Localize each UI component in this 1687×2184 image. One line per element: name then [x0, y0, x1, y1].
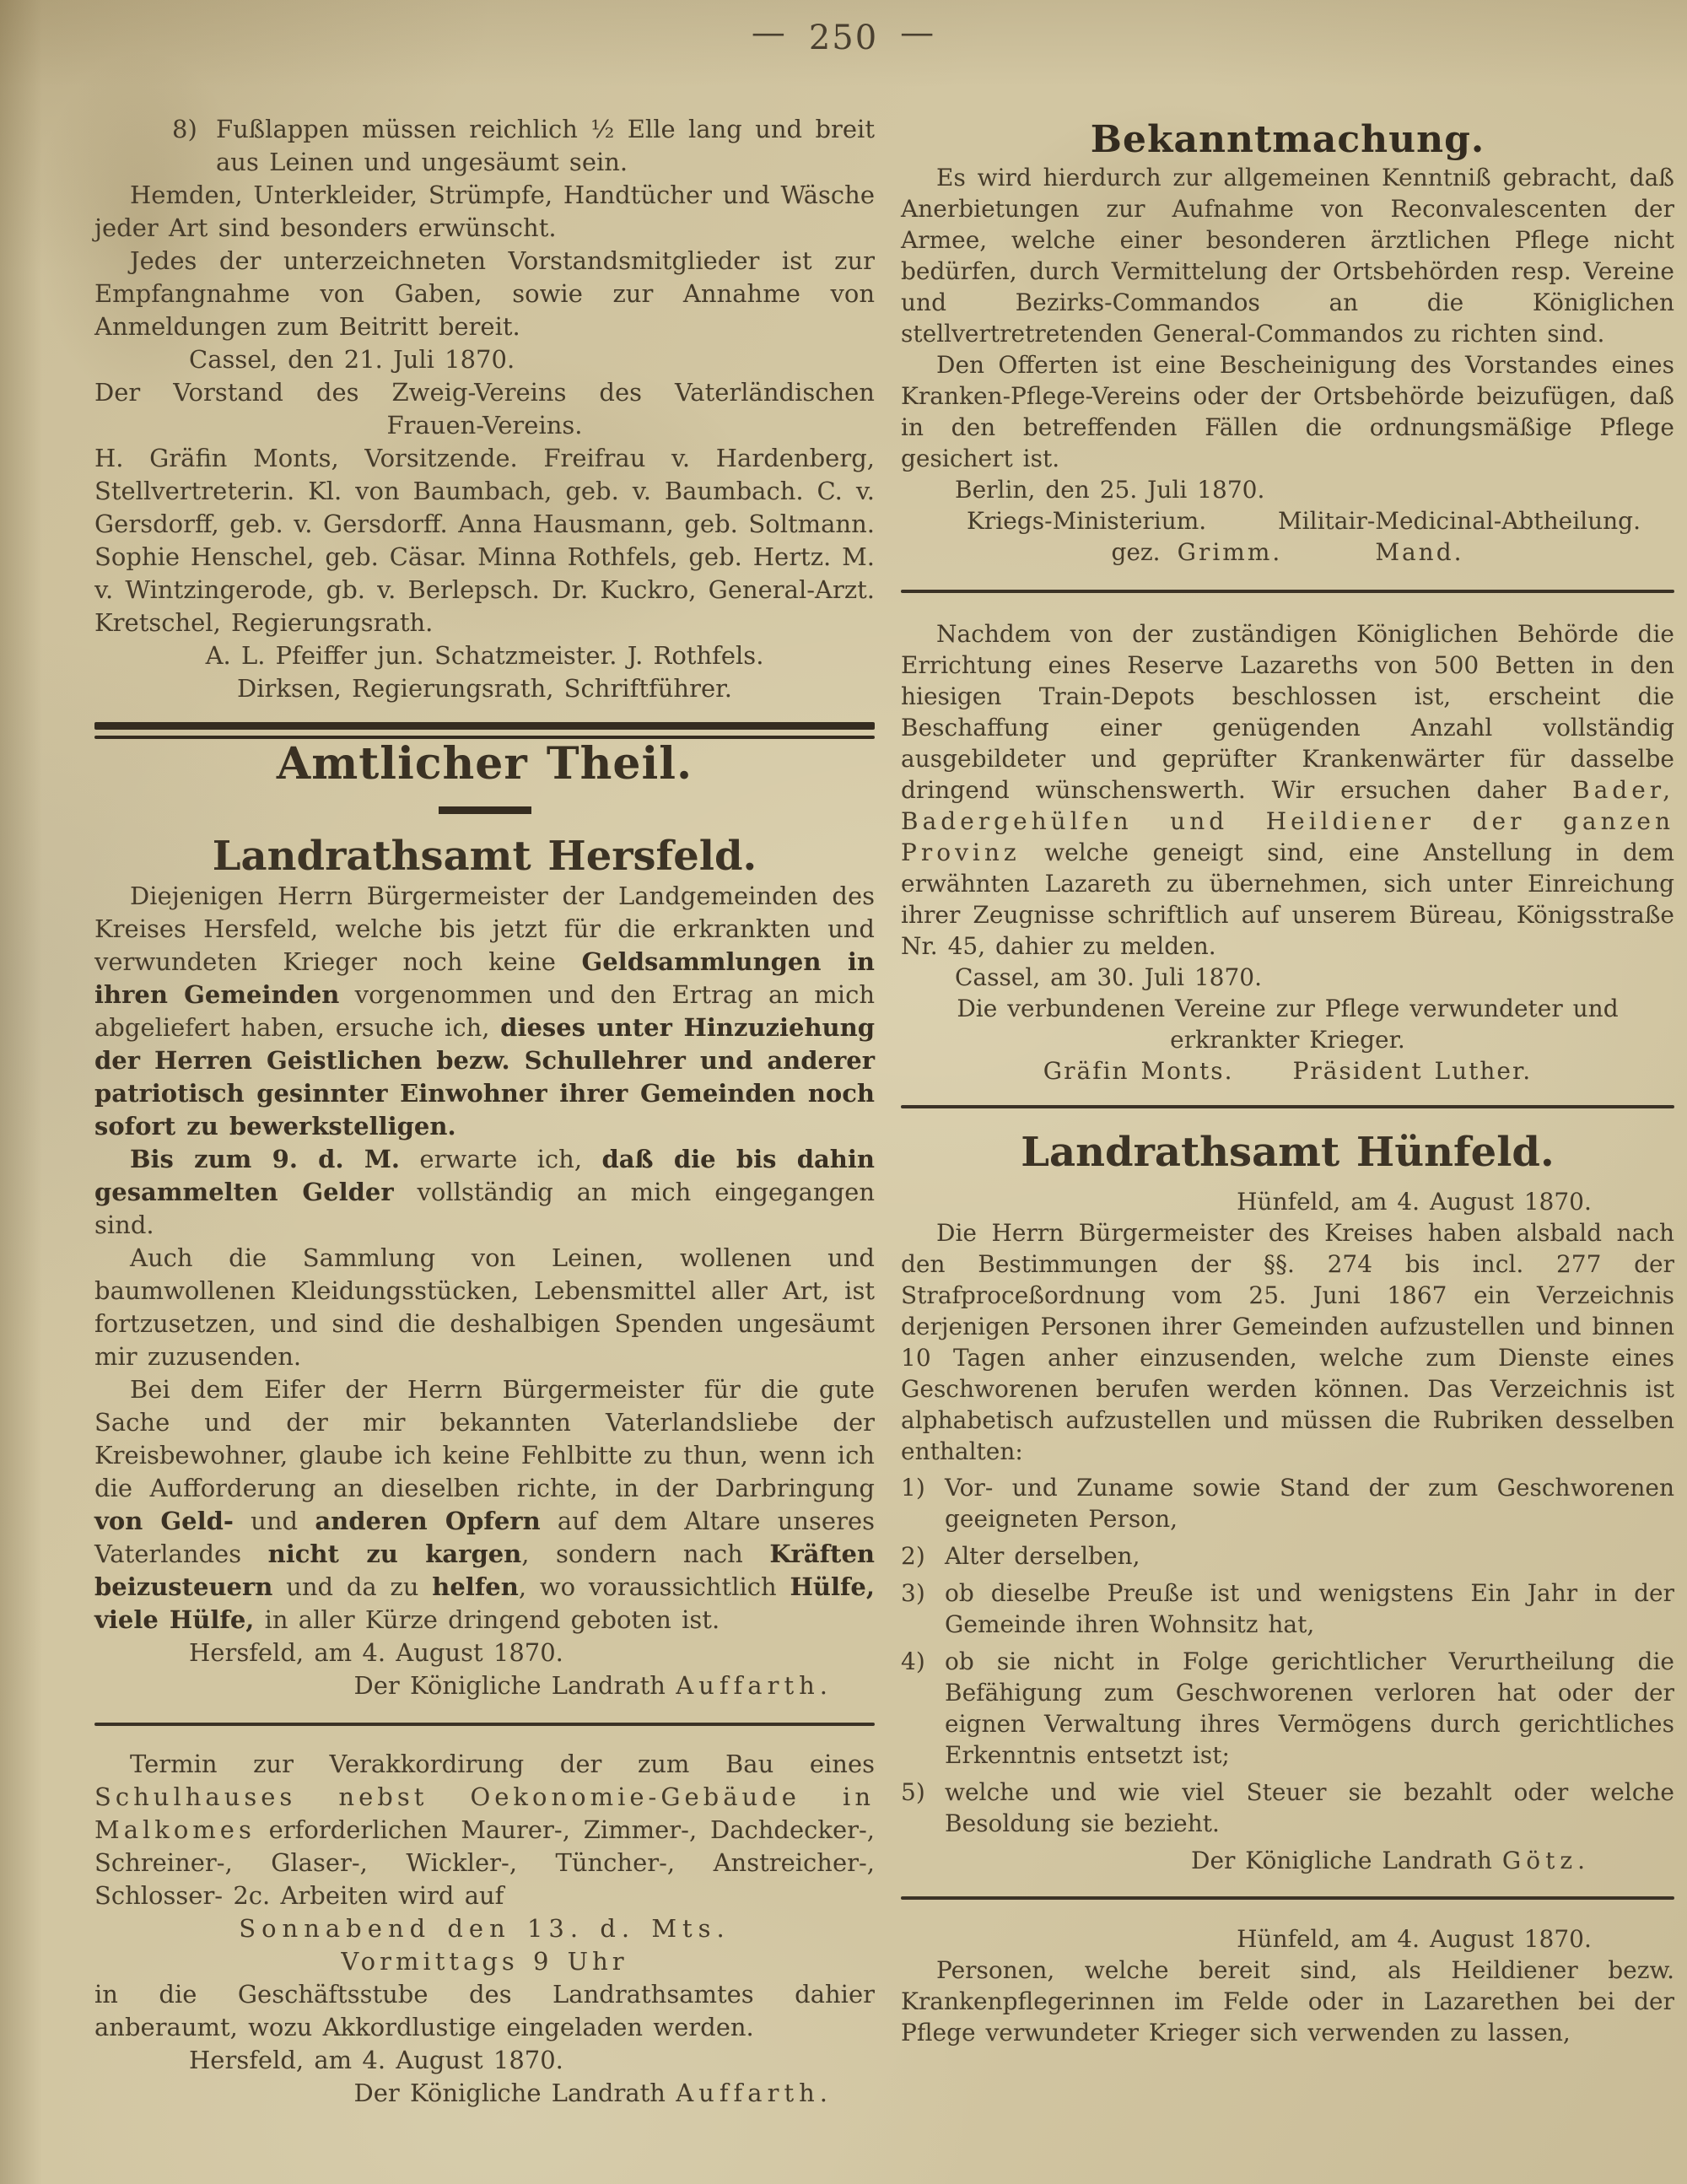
hersfeld-paragraph-2: Bis zum 9. d. M. erwarte ich, daß die bi… — [94, 1143, 875, 1242]
geschworenen-list: 1) Vor- und Zuname sowie Stand der zum G… — [901, 1472, 1674, 1839]
list-item: 4) ob sie nicht in Folge gerichtlicher V… — [901, 1646, 1674, 1771]
list-item-text: Fußlappen müssen reichlich ½ Elle lang u… — [216, 113, 875, 179]
list-item-number: 2) — [901, 1540, 945, 1572]
section-divider-rule — [901, 590, 1674, 593]
bold-text-run: von Geld- — [94, 1507, 234, 1535]
eswird-paragraph: Es wird hierdurch zur allgemeinen Kenntn… — [901, 162, 1674, 349]
text-run: Der Königliche Landrath — [1191, 1847, 1492, 1874]
ministerium-line: Kriegs-Ministerium. Militair-Medicinal-A… — [901, 505, 1674, 537]
text-run: und — [234, 1507, 315, 1535]
auffarth-name: Auffarth. — [676, 1671, 833, 1700]
text-run: und da zu — [272, 1572, 432, 1601]
luther-signature: Präsident Luther. — [1293, 1055, 1533, 1087]
auffarth-signature-2: Der Königliche Landrath Auffarth. — [94, 2077, 875, 2110]
sammlung-paragraph: Auch die Sammlung von Leinen, wollenen u… — [94, 1242, 875, 1373]
list-item-number: 5) — [901, 1777, 945, 1839]
nachdem-paragraph: Nachdem von der zuständigen Königlichen … — [901, 618, 1674, 962]
text-run: erwarte ich, — [400, 1145, 601, 1173]
text-run: , sondern nach — [521, 1540, 769, 1568]
bold-text-run: anderen Opfern — [315, 1507, 540, 1535]
gez-signature-line: gez. Grimm. Mand. — [901, 537, 1674, 568]
section-divider-double-rule — [94, 722, 875, 739]
goetz-signature: Der Königliche Landrath Götz. — [901, 1845, 1674, 1876]
monts-signature: Gräfin Monts. — [1043, 1055, 1234, 1087]
text-run: , wo voraussichtlich — [519, 1572, 790, 1601]
section-divider-rule — [901, 1896, 1674, 1900]
hersfeld-paragraph-1: Diejenigen Herrn Bürgermeister der Landg… — [94, 880, 875, 1143]
jedes-paragraph: Jedes der unterzeichneten Vorstandsmitgl… — [94, 245, 875, 343]
list-item-number: 4) — [901, 1646, 945, 1771]
bekanntmachung-heading: Bekanntmachung. — [901, 118, 1674, 162]
hersfeld-dateline-2: Hersfeld, am 4. August 1870. — [94, 2044, 875, 2077]
hersfeld-dateline-1: Hersfeld, am 4. August 1870. — [94, 1637, 875, 1669]
huenfeld-dateline-1: Hünfeld, am 4. August 1870. — [901, 1186, 1674, 1217]
text-run: Der Königliche Landrath — [354, 2079, 666, 2107]
list-item-text: ob sie nicht in Folge gerichtlicher Veru… — [945, 1646, 1674, 1771]
page-number-dash-right: — — [900, 13, 935, 52]
amtlicher-theil-heading: Amtlicher Theil. — [94, 739, 875, 790]
page-number: 250 — [809, 19, 878, 57]
cassel-dateline-right: Cassel, am 30. Juli 1870. — [901, 962, 1674, 993]
landrathsamt-hersfeld-heading: Landrathsamt Hersfeld. — [94, 833, 875, 880]
left-column: 8) Fußlappen müssen reichlich ½ Elle lan… — [94, 113, 875, 2110]
list-item-number: 1) — [901, 1472, 945, 1534]
page-number-dash-left: — — [752, 13, 787, 52]
offerten-paragraph: Den Offerten ist eine Bescheinigung des … — [901, 349, 1674, 474]
huenfeld-dateline-2: Hünfeld, am 4. August 1870. — [901, 1923, 1674, 1955]
text-run: Bei dem Eifer der Herrn Bürgermeister fü… — [94, 1375, 875, 1502]
section-divider-rule — [901, 1105, 1674, 1108]
buergermeister-paragraph: Die Herrn Bürgermeister des Kreises habe… — [901, 1217, 1674, 1467]
vereine-line: Die verbundenen Vereine zur Pflege verwu… — [901, 993, 1674, 1055]
bold-text-run: nicht zu kargen — [268, 1540, 522, 1568]
heading-dash-rule — [439, 806, 531, 814]
list-item-number: 8) — [172, 113, 216, 179]
text-run: Nachdem von der zuständigen Königlichen … — [901, 620, 1674, 804]
berlin-dateline: Berlin, den 25. Juli 1870. — [901, 474, 1674, 505]
list-item: 2) Alter derselben, — [901, 1540, 1674, 1572]
mand-signature: Mand. — [1375, 537, 1463, 568]
signatures-paragraph: H. Gräfin Monts, Vorsitzende. Freifrau v… — [94, 442, 875, 639]
geschaeftsstube-paragraph: in die Geschäftsstube des Landrathsamtes… — [94, 1978, 875, 2044]
personen-paragraph: Personen, welche bereit sind, als Heildi… — [901, 1955, 1674, 2048]
text-run: Der Königliche Landrath — [354, 1671, 666, 1700]
cassel-dateline: Cassel, den 21. Juli 1870. — [94, 343, 875, 376]
list-item-text: welche und wie viel Steuer sie bezahlt o… — [945, 1777, 1674, 1839]
text-run: in aller Kürze dringend geboten ist. — [254, 1605, 720, 1634]
vorstand-line-1: Der Vorstand des Zweig-Vereins des Vater… — [94, 376, 875, 409]
list-item-number: 3) — [901, 1577, 945, 1640]
auffarth-name: Auffarth. — [676, 2079, 833, 2107]
landrathsamt-huenfeld-heading: Landrathsamt Hünfeld. — [901, 1129, 1674, 1176]
text-run: Termin zur Verakkordirung der zum Bau ei… — [130, 1750, 875, 1778]
grimm-signature: Grimm. — [1178, 537, 1283, 568]
militair-abtheilung-label: Militair-Medicinal-Abtheilung. — [1278, 505, 1641, 537]
hemden-paragraph: Hemden, Unterkleider, Strümpfe, Handtüch… — [94, 179, 875, 245]
vorstand-line-2: Frauen-Vereins. — [94, 409, 875, 442]
list-item-text: Alter derselben, — [945, 1540, 1674, 1572]
right-column: Bekanntmachung. Es wird hierdurch zur al… — [901, 118, 1674, 2048]
gez-label: gez. — [1111, 537, 1160, 568]
list-item: 3) ob dieselbe Preuße ist und wenigstens… — [901, 1577, 1674, 1640]
bold-text-run: helfen — [432, 1572, 519, 1601]
section-divider-rule — [94, 1723, 875, 1726]
bold-text-run: Bis zum 9. d. M. — [130, 1145, 400, 1173]
hersfeld-paragraph-4: Bei dem Eifer der Herrn Bürgermeister fü… — [94, 1373, 875, 1637]
sonnabend-line: Sonnabend den 13. d. Mts. — [94, 1912, 875, 1945]
auffarth-signature-1: Der Königliche Landrath Auffarth. — [94, 1669, 875, 1702]
termin-paragraph: Termin zur Verakkordirung der zum Bau ei… — [94, 1748, 875, 1912]
monts-luther-signature-line: Gräfin Monts. Präsident Luther. — [901, 1055, 1674, 1087]
list-item: 5) welche und wie viel Steuer sie bezahl… — [901, 1777, 1674, 1839]
list-item-text: Vor- und Zuname sowie Stand der zum Gesc… — [945, 1472, 1674, 1534]
goetz-name: Götz. — [1502, 1847, 1590, 1874]
fusslappen-list-item: 8) Fußlappen müssen reichlich ½ Elle lan… — [94, 113, 875, 179]
kriegs-ministerium-label: Kriegs-Ministerium. — [967, 505, 1206, 537]
list-item-text: ob dieselbe Preuße ist und wenigstens Ei… — [945, 1577, 1674, 1640]
pfeiffer-line: A. L. Pfeiffer jun. Schatzmeister. J. Ro… — [94, 639, 875, 672]
dirksen-line: Dirksen, Regierungsrath, Schriftführer. — [94, 672, 875, 705]
page-number-line: —250— — [0, 19, 1687, 57]
double-rule-top — [94, 722, 875, 730]
vormittags-line: Vormittags 9 Uhr — [94, 1945, 875, 1978]
list-item: 1) Vor- und Zuname sowie Stand der zum G… — [901, 1472, 1674, 1534]
